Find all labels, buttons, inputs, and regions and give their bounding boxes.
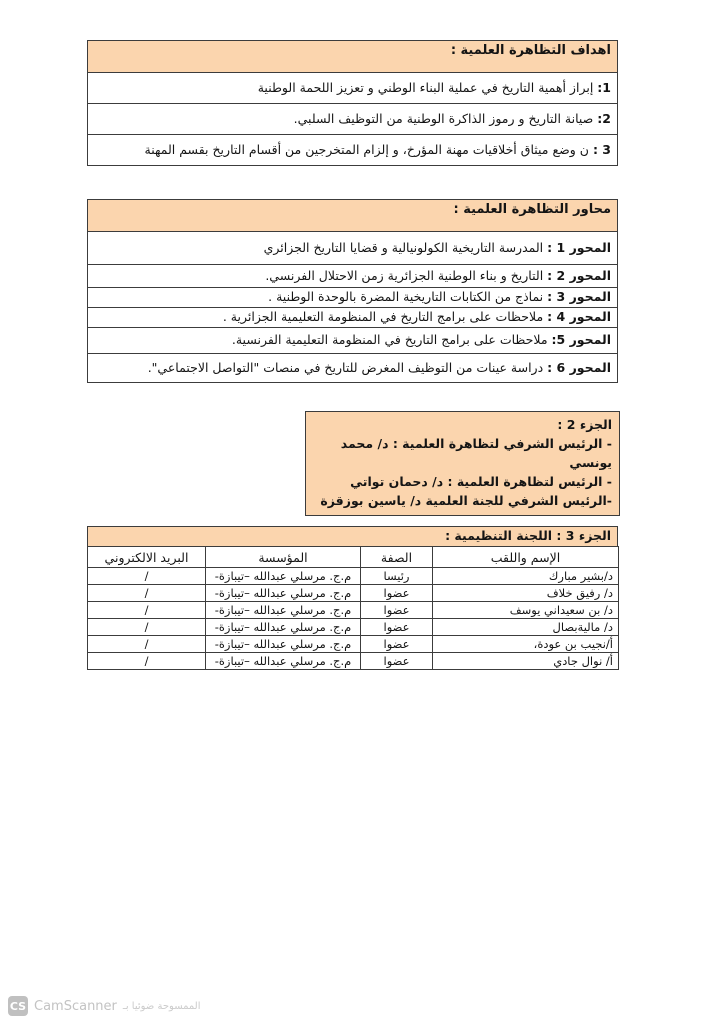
axis-text: ملاحظات على برامج التاريخ في المنظومة ال… [232, 333, 548, 347]
axis-number: المحور 1 : [547, 241, 611, 255]
role-cell: عضوا [361, 636, 433, 653]
axis-number: المحور 4 : [547, 310, 611, 324]
institution-cell: م.ج. مرسلي عبدالله –تيبازة- [206, 653, 361, 670]
axis-item: المحور 5: ملاحظات على برامج التاريخ في ا… [88, 327, 617, 353]
email-cell: / [88, 653, 206, 670]
committee-table: الإسم واللقب الصفة المؤسسة البريد الالكت… [87, 546, 619, 670]
goal-number: 2: [597, 112, 611, 126]
goal-item: 2: صيانة التاريخ و رموز الذاكرة الوطنية … [88, 103, 617, 134]
name-cell: د/ ماليةبصال [433, 619, 619, 636]
axis-item: المحور 4 : ملاحظات على برامج التاريخ في … [88, 307, 617, 327]
axis-item: المحور 2 : التاريخ و بناء الوطنية الجزائ… [88, 264, 617, 287]
name-cell: د/ بن سعيداني يوسف [433, 602, 619, 619]
part3-title: الجزء 3 : اللجنة التنظيمية : [87, 526, 618, 547]
axis-number: المحور 5: [552, 333, 611, 347]
axis-item: المحور 1 : المدرسة التاريخية الكولونيالي… [88, 231, 617, 264]
email-cell: / [88, 619, 206, 636]
axes-box-title: محاور التظاهرة العلمية : [88, 200, 617, 231]
institution-cell: م.ج. مرسلي عبدالله –تيبازة- [206, 568, 361, 585]
axis-text: نماذج من الكتابات التاريخية المضرة بالوح… [268, 290, 543, 304]
column-header-role: الصفة [361, 547, 433, 568]
institution-cell: م.ج. مرسلي عبدالله –تيبازة- [206, 585, 361, 602]
goal-item: 1: إبراز أهمية التاريخ في عملية البناء ا… [88, 72, 617, 103]
scanned-document-page: { "goals": { "title": "اهداف التظاهرة ال… [0, 0, 706, 1024]
axis-text: التاريخ و بناء الوطنية الجزائرية زمن الا… [265, 269, 543, 283]
role-cell: رئيسا [361, 568, 433, 585]
goal-item: 3 : ن وضع ميثاق أخلاقيات مهنة المؤرخ، و … [88, 134, 617, 165]
column-header-institution: المؤسسة [206, 547, 361, 568]
goal-text: صيانة التاريخ و رموز الذاكرة الوطنية من … [294, 112, 594, 126]
table-header-row: الإسم واللقب الصفة المؤسسة البريد الالكت… [88, 547, 619, 568]
institution-cell: م.ج. مرسلي عبدالله –تيبازة- [206, 619, 361, 636]
axis-text: المدرسة التاريخية الكولونيالية و قضايا ا… [264, 241, 544, 255]
axis-text: ملاحظات على برامج التاريخ في المنظومة ال… [223, 310, 543, 324]
camscanner-brand-text: CamScanner [34, 999, 117, 1014]
goals-box-title: اهداف التظاهرة العلمية : [88, 41, 617, 72]
email-cell: / [88, 636, 206, 653]
table-row: أ/ نوال جادي عضوا م.ج. مرسلي عبدالله –تي… [88, 653, 619, 670]
part2-title: الجزء 2 : [313, 415, 612, 434]
part2-box: الجزء 2 : - الرئيس الشرفي لتظاهرة العلمي… [305, 411, 620, 516]
part2-line: - الرئيس الشرفي لتظاهرة العلمية : د/ محم… [313, 434, 612, 472]
email-cell: / [88, 568, 206, 585]
role-cell: عضوا [361, 602, 433, 619]
axis-text: دراسة عينات من التوظيف المغرض للتاريخ في… [148, 361, 543, 375]
scanned-with-text: الممسوحة ضوئيا بـ [123, 1001, 201, 1012]
institution-cell: م.ج. مرسلي عبدالله –تيبازة- [206, 602, 361, 619]
goal-text: إبراز أهمية التاريخ في عملية البناء الوط… [258, 81, 594, 95]
goal-number: 3 : [593, 143, 611, 157]
role-cell: عضوا [361, 619, 433, 636]
email-cell: / [88, 585, 206, 602]
name-cell: د/بشير مبارك [433, 568, 619, 585]
part2-line: - الرئيس لتظاهرة العلمية : د/ دحمان توات… [313, 472, 612, 491]
role-cell: عضوا [361, 585, 433, 602]
table-row: د/ بن سعيداني يوسف عضوا م.ج. مرسلي عبدال… [88, 602, 619, 619]
axis-number: المحور 3 : [547, 290, 611, 304]
name-cell: أ/ نوال جادي [433, 653, 619, 670]
axis-item: المحور 6 : دراسة عينات من التوظيف المغرض… [88, 353, 617, 382]
table-row: أ/نجيب بن عودة، عضوا م.ج. مرسلي عبدالله … [88, 636, 619, 653]
part2-line: -الرئيس الشرفي للجنة العلمية د/ ياسين بو… [313, 491, 612, 510]
column-header-name: الإسم واللقب [433, 547, 619, 568]
name-cell: د/ رفيق خلاف [433, 585, 619, 602]
name-cell: أ/نجيب بن عودة، [433, 636, 619, 653]
goal-text: ن وضع ميثاق أخلاقيات مهنة المؤرخ، و إلزا… [145, 143, 589, 157]
goals-box: اهداف التظاهرة العلمية : 1: إبراز أهمية … [87, 40, 618, 166]
axes-box: محاور التظاهرة العلمية : المحور 1 : المد… [87, 199, 618, 383]
goal-number: 1: [597, 81, 611, 95]
institution-cell: م.ج. مرسلي عبدالله –تيبازة- [206, 636, 361, 653]
camscanner-logo-icon: CS [8, 996, 28, 1016]
table-row: د/ رفيق خلاف عضوا م.ج. مرسلي عبدالله –تي… [88, 585, 619, 602]
table-row: د/ ماليةبصال عضوا م.ج. مرسلي عبدالله –تي… [88, 619, 619, 636]
table-row: د/بشير مبارك رئيسا م.ج. مرسلي عبدالله –ت… [88, 568, 619, 585]
email-cell: / [88, 602, 206, 619]
axis-number: المحور 2 : [547, 269, 611, 283]
camscanner-watermark: CS CamScanner الممسوحة ضوئيا بـ [8, 996, 201, 1016]
axis-item: المحور 3 : نماذج من الكتابات التاريخية ا… [88, 287, 617, 307]
column-header-email: البريد الالكتروني [88, 547, 206, 568]
role-cell: عضوا [361, 653, 433, 670]
axis-number: المحور 6 : [547, 361, 611, 375]
